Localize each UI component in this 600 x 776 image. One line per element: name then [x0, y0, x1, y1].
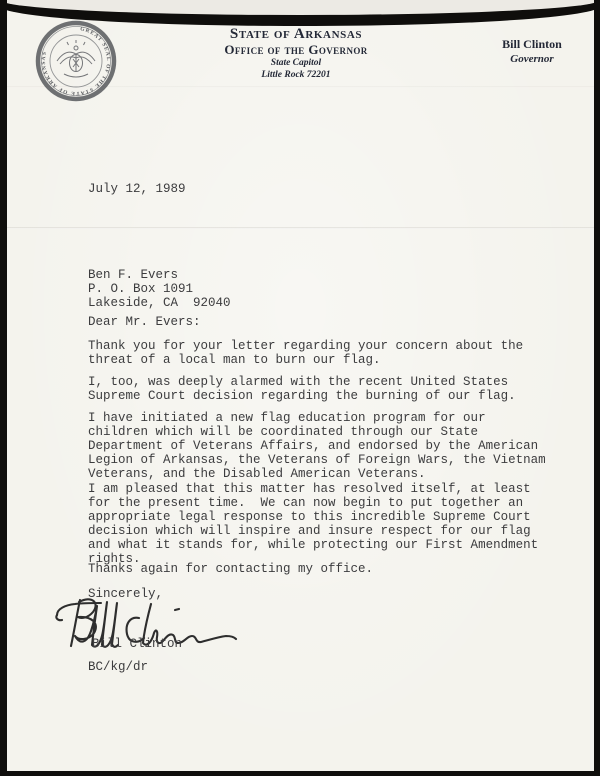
body-paragraph-1: Thank you for your letter regarding your… [88, 339, 523, 367]
typed-signature-name: Bill Clinton [92, 637, 182, 651]
closing-thanks: Thanks again for contacting my office. [88, 562, 373, 576]
letter-content: GREAT SEAL OF THE STATE OF ARKANSAS Stat… [0, 0, 600, 776]
body-paragraph-3: I have initiated a new flag education pr… [88, 411, 546, 481]
seal-eagle-emblem [57, 40, 95, 77]
body-paragraph-4: I am pleased that this matter has resolv… [88, 482, 538, 566]
body-paragraph-2: I, too, was deeply alarmed with the rece… [88, 375, 516, 403]
letter-date: July 12, 1989 [88, 182, 186, 196]
arkansas-state-seal-icon: GREAT SEAL OF THE STATE OF ARKANSAS [33, 18, 119, 104]
letterhead-office: Office of the Governor [146, 43, 446, 57]
letterhead-center: State of Arkansas Office of the Governor… [146, 26, 446, 80]
letterhead-state: State of Arkansas [146, 26, 446, 42]
scanned-letter: GREAT SEAL OF THE STATE OF ARKANSAS Stat… [0, 0, 600, 776]
recipient-address: Ben F. Evers P. O. Box 1091 Lakeside, CA… [88, 268, 231, 310]
letterhead-city-zip: Little Rock 72201 [146, 71, 446, 81]
letterhead-official: Bill Clinton Governor [477, 38, 587, 65]
reference-initials: BC/kg/dr [88, 660, 148, 674]
governor-name: Bill Clinton [477, 38, 587, 51]
salutation: Dear Mr. Evers: [88, 315, 201, 329]
governor-title: Governor [477, 53, 587, 65]
letterhead-capitol: State Capitol [146, 59, 446, 69]
